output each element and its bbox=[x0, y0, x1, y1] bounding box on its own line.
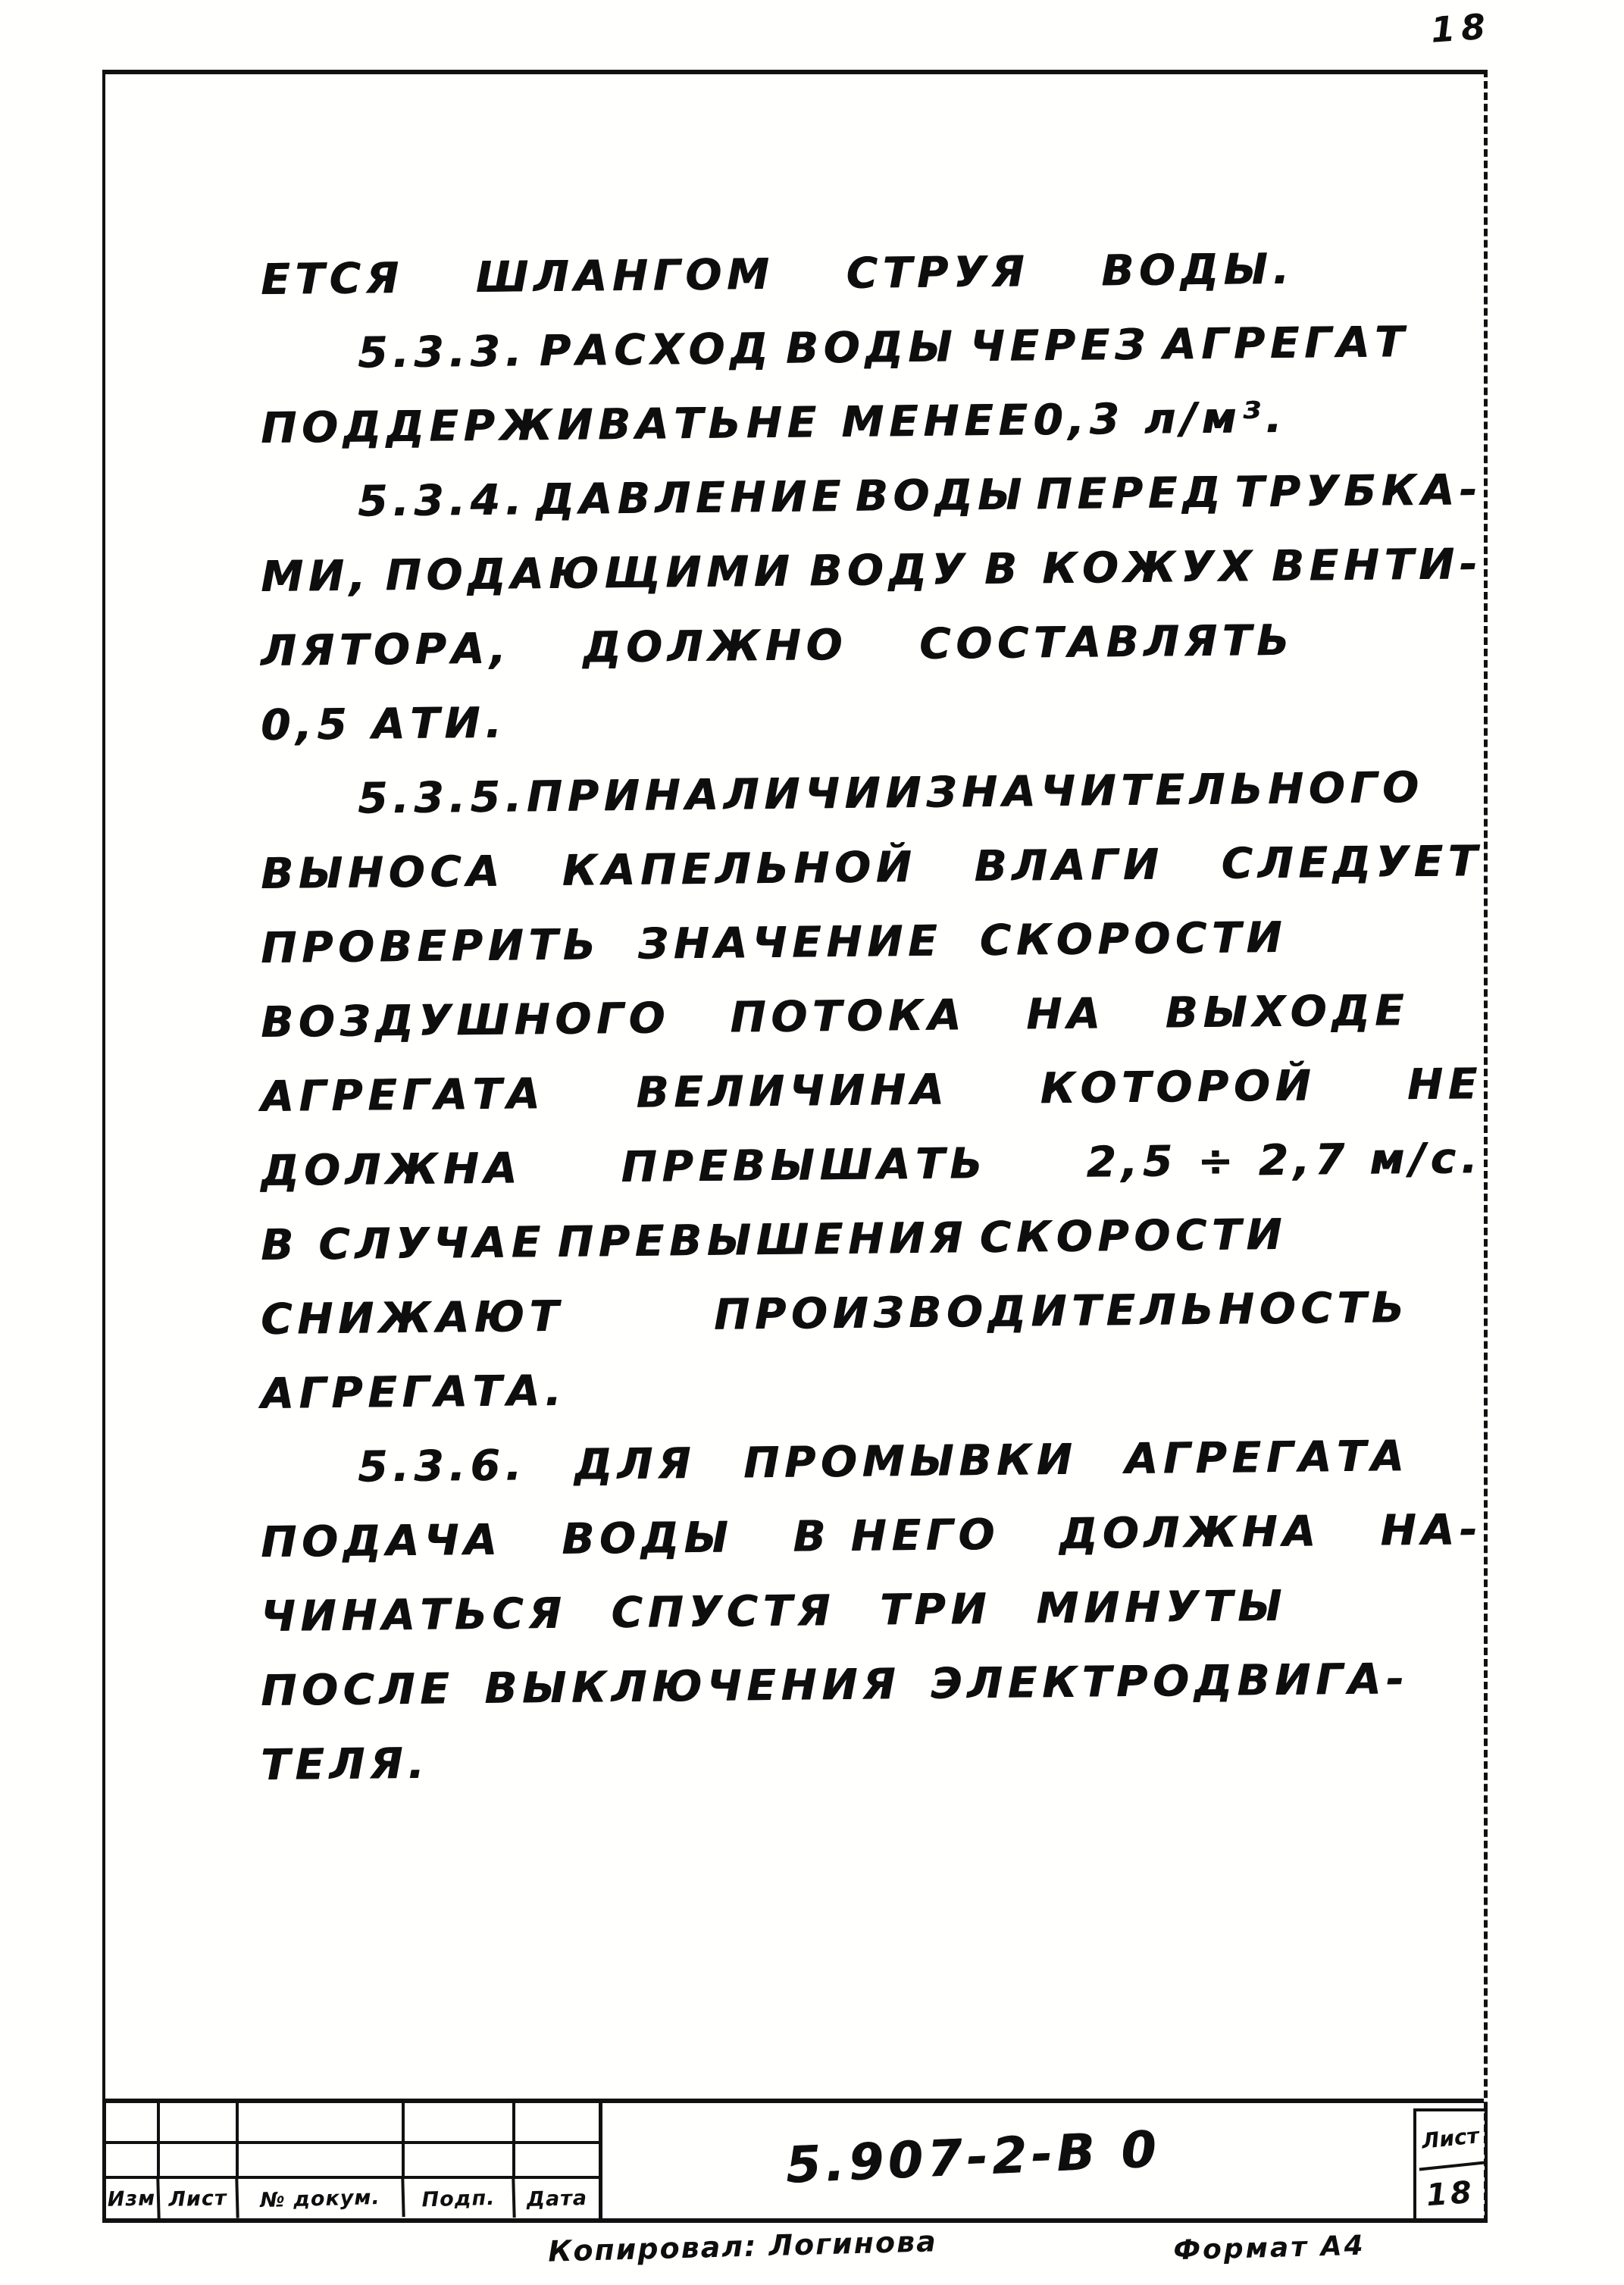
format-note: Формат А4 bbox=[1133, 2229, 1407, 2267]
word: ДАВЛЕНИЕ bbox=[536, 471, 846, 524]
word: ПОДАЧА bbox=[261, 1515, 502, 1567]
word: НЕ МЕНЕЕ bbox=[746, 396, 1033, 448]
word: ВОДЫ. bbox=[1101, 244, 1294, 296]
sheet-label: Лист bbox=[1413, 2108, 1487, 2171]
word: ДОЛЖНА bbox=[261, 1144, 522, 1196]
word: СНИЖАЮТ bbox=[261, 1291, 564, 1344]
table-cell-empty bbox=[515, 2103, 599, 2144]
word: РАСХОД bbox=[539, 324, 773, 375]
text-line: ВОЗДУШНОГОПОТОКАНАВЫХОДЕ bbox=[260, 973, 1409, 1060]
word: В КОЖУХ bbox=[984, 542, 1256, 594]
word: ТРИ bbox=[880, 1584, 992, 1635]
word: ТЕЛЯ. bbox=[261, 1739, 430, 1789]
word: МИНУТЫ bbox=[1036, 1581, 1288, 1632]
word: ВОЗДУШНОГО bbox=[261, 994, 671, 1047]
body-text: ЕТСЯШЛАНГОМСТРУЯВОДЫ.5.3.3.РАСХОДВОДЫЧЕР… bbox=[261, 243, 1482, 1802]
word: 5.3.5. bbox=[358, 772, 527, 823]
word: ПРОВЕРИТЬ bbox=[261, 920, 601, 973]
table-cell-empty bbox=[239, 2144, 405, 2179]
word: ВЕЛИЧИНА bbox=[636, 1065, 949, 1117]
text-line: ВЫНОСАКАПЕЛЬНОЙВЛАГИСЛЕДУЕТ bbox=[260, 824, 1482, 911]
word: ВОДЫ bbox=[786, 322, 958, 373]
word: В СЛУЧАЕ bbox=[261, 1218, 546, 1270]
word: ЧЕРЕЗ bbox=[970, 320, 1150, 371]
word: ПОДАЮЩИМИ bbox=[385, 546, 795, 600]
text-line: ЛЯТОРА,ДОЛЖНОСОСТАВЛЯТЬ bbox=[260, 601, 1482, 688]
text-line: ДОЛЖНАПРЕВЫШАТЬ2,5 ÷ 2,7 м/с. bbox=[260, 1121, 1482, 1208]
word: 5.3.4. bbox=[358, 475, 527, 526]
word: ЛЯТОРА, bbox=[261, 624, 512, 675]
table-cell-empty bbox=[515, 2144, 599, 2179]
word: МИ, bbox=[261, 551, 371, 602]
word: СКОРОСТИ bbox=[979, 1210, 1287, 1262]
word: 0,5 АТИ. bbox=[261, 698, 507, 750]
word: НА- bbox=[1380, 1505, 1482, 1555]
text-line: ТЕЛЯ. bbox=[260, 1715, 1482, 1802]
word: ДЛЯ bbox=[574, 1438, 696, 1489]
word: ВОДУ bbox=[809, 545, 970, 596]
text-line: 5.3.6.ДЛЯПРОМЫВКИАГРЕГАТА bbox=[260, 1419, 1409, 1505]
copied-by-note: Копировал: Логинова bbox=[530, 2224, 956, 2269]
text-line: ПОСЛЕВЫКЛЮЧЕНИЯЭЛЕКТРОДВИГА- bbox=[260, 1642, 1409, 1728]
table-cell-empty bbox=[106, 2144, 160, 2179]
word: ПРЕВЫШЕНИЯ bbox=[557, 1213, 968, 1267]
scanned-document-page: 18 ЕТСЯШЛАНГОМСТРУЯВОДЫ.5.3.3.РАСХОДВОДЫ… bbox=[0, 0, 1624, 2285]
table-header-data: Дата bbox=[515, 2178, 599, 2221]
text-line: 0,5 АТИ. bbox=[260, 675, 1482, 762]
text-line: АГРЕГАТА. bbox=[260, 1344, 1482, 1431]
word: ВЫКЛЮЧЕНИЯ bbox=[484, 1660, 901, 1714]
text-line: ЧИНАТЬСЯСПУСТЯТРИМИНУТЫ bbox=[260, 1569, 1287, 1654]
text-line: СНИЖАЮТПРОИЗВОДИТЕЛЬНОСТЬ bbox=[260, 1270, 1409, 1357]
table-cell-empty bbox=[160, 2103, 239, 2144]
word: ПРИ bbox=[526, 771, 644, 822]
word: ПОСЛЕ bbox=[261, 1664, 455, 1716]
table-header-izm: Изм bbox=[105, 2178, 160, 2220]
word: ПРОИЗВОДИТЕЛЬНОСТЬ bbox=[714, 1283, 1410, 1340]
text-line: МИ,ПОДАЮЩИМИВОДУВ КОЖУХВЕНТИ- bbox=[260, 527, 1482, 614]
text-line: 5.3.4.ДАВЛЕНИЕВОДЫПЕРЕДТРУБКА- bbox=[260, 452, 1482, 540]
table-cell-empty bbox=[239, 2103, 405, 2144]
text-line: ЕТСЯШЛАНГОМСТРУЯВОДЫ. bbox=[260, 230, 1482, 317]
word: ПРОМЫВКИ bbox=[743, 1435, 1078, 1488]
table-header-list: Лист bbox=[159, 2178, 239, 2221]
word: ВЫХОДЕ bbox=[1165, 986, 1409, 1038]
text-line: ПОДДЕРЖИВАТЬНЕ МЕНЕЕ0,3 л/м³. bbox=[260, 380, 1287, 465]
word: 0,3 л/м³. bbox=[1033, 393, 1287, 445]
word: ТРУБКА- bbox=[1234, 465, 1482, 517]
word: ВОДЫ bbox=[855, 470, 1027, 521]
sheet-number: 18 bbox=[1415, 2165, 1487, 2222]
text-line: 5.3.5.ПРИНАЛИЧИИЗНАЧИТЕЛЬНОГО bbox=[260, 750, 1409, 837]
word: ЭЛЕКТРОДВИГА- bbox=[931, 1654, 1410, 1709]
sheet-number-box: Лист 18 bbox=[1413, 2108, 1488, 2223]
table-cell-empty bbox=[160, 2144, 239, 2179]
word: ВЕНТИ- bbox=[1271, 540, 1482, 591]
word: СОСТАВЛЯТЬ bbox=[919, 615, 1294, 668]
word: ДОЛЖНА bbox=[1059, 1507, 1320, 1559]
word: АГРЕГАТА. bbox=[261, 1366, 567, 1418]
word: ШЛАНГОМ bbox=[475, 249, 774, 302]
word: 5.3.6. bbox=[358, 1441, 527, 1492]
text-line: ПОДАЧАВОДЫВ НЕГОДОЛЖНАНА- bbox=[260, 1492, 1482, 1579]
word: СЛЕДУЕТ bbox=[1221, 837, 1482, 889]
word: ВЛАГИ bbox=[974, 840, 1164, 891]
word: АГРЕГАТ bbox=[1162, 318, 1409, 369]
table-cell-empty bbox=[106, 2103, 160, 2144]
word: 2,5 ÷ 2,7 м/с. bbox=[1086, 1134, 1482, 1187]
page-number: 18 bbox=[1429, 5, 1493, 50]
word: АГРЕГАТА bbox=[1125, 1432, 1410, 1484]
word: ЕТСЯ bbox=[261, 254, 404, 305]
text-line: 5.3.3.РАСХОДВОДЫЧЕРЕЗАГРЕГАТ bbox=[260, 305, 1409, 391]
word: ПЕРЕД bbox=[1036, 468, 1225, 519]
word: СКОРОСТИ bbox=[979, 912, 1287, 965]
word: 5.3.3. bbox=[358, 327, 527, 377]
word: КОТОРОЙ bbox=[1040, 1061, 1316, 1113]
word: ДОЛЖНО bbox=[583, 620, 848, 672]
text-line: В СЛУЧАЕПРЕВЫШЕНИЯСКОРОСТИ bbox=[260, 1197, 1287, 1282]
word: ЗНАЧЕНИЕ bbox=[637, 916, 942, 969]
word: АГРЕГАТА bbox=[261, 1069, 546, 1122]
word: ВОДЫ bbox=[562, 1513, 734, 1564]
text-line: ПРОВЕРИТЬЗНАЧЕНИЕСКОРОСТИ bbox=[260, 900, 1287, 985]
word: СТРУЯ bbox=[846, 247, 1029, 299]
word: НАЛИЧИИ bbox=[644, 768, 926, 820]
word: ПОДДЕРЖИВАТЬ bbox=[261, 399, 746, 453]
table-header-podp: Подп. bbox=[404, 2177, 515, 2221]
word: ПОТОКА bbox=[730, 991, 966, 1042]
sheet-frame: ЕТСЯШЛАНГОМСТРУЯВОДЫ.5.3.3.РАСХОДВОДЫЧЕР… bbox=[102, 70, 1488, 2223]
word: НЕ bbox=[1407, 1060, 1482, 1110]
text-line: АГРЕГАТАВЕЛИЧИНАКОТОРОЙНЕ bbox=[260, 1047, 1482, 1134]
table-header-docnum: № докум. bbox=[238, 2177, 405, 2221]
table-cell-empty bbox=[405, 2144, 515, 2179]
word: КАПЕЛЬНОЙ bbox=[562, 842, 916, 895]
word: В НЕГО bbox=[793, 1510, 1000, 1561]
revision-table: Изм Лист № докум. Подп. Дата bbox=[102, 2099, 602, 2223]
table-cell-empty bbox=[405, 2103, 515, 2144]
word: ВЫНОСА bbox=[261, 847, 505, 898]
word: ПРЕВЫШАТЬ bbox=[621, 1138, 987, 1191]
word: ЧИНАТЬСЯ bbox=[261, 1589, 567, 1641]
word: НА bbox=[1026, 989, 1106, 1039]
word: СПУСТЯ bbox=[611, 1586, 835, 1638]
word: ЗНАЧИТЕЛЬНОГО bbox=[926, 762, 1424, 817]
document-number: 5.907-2-В 0 bbox=[650, 2114, 1297, 2200]
